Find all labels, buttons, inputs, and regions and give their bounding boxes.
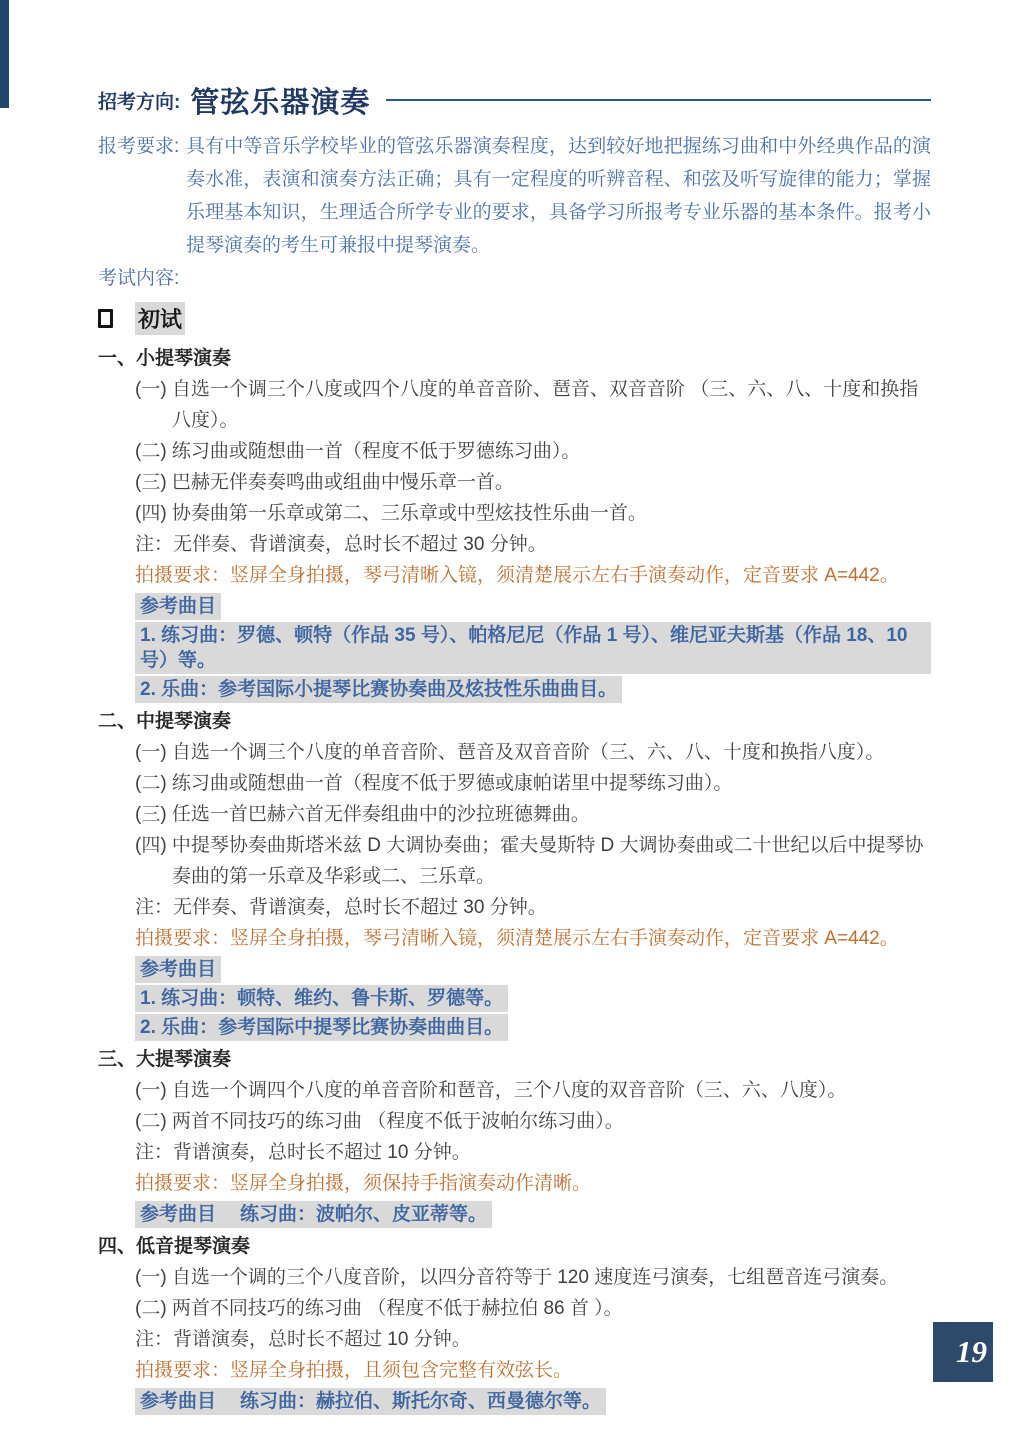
repertoire-line: 参考曲目练习曲：波帕尔、皮亚蒂等。: [135, 1201, 931, 1228]
filming-requirement: 拍摄要求：竖屏全身拍摄，且须包含完整有效弦长。: [135, 1355, 931, 1386]
page-content: 招考方向: 管弦乐器演奏 报考要求: 具有中等音乐学校毕业的管弦乐器演奏程度，达…: [98, 82, 931, 1417]
note-line: 注：背谱演奏，总时长不超过 10 分钟。: [135, 1324, 931, 1355]
repertoire-line: 参考曲目练习曲：赫拉伯、斯托尔奇、西曼德尔等。: [135, 1388, 931, 1415]
exam-item: (三) 巴赫无伴奏奏鸣曲或组曲中慢乐章一首。: [135, 467, 931, 498]
requirements-label: 报考要求:: [98, 130, 186, 262]
section-heading: 一、小提琴演奏: [98, 343, 931, 374]
repertoire-title: 参考曲目: [140, 1391, 216, 1412]
corner-accent-bar: [0, 0, 9, 108]
section-heading: 二、中提琴演奏: [98, 706, 931, 737]
repertoire-line: 2. 乐曲：参考国际小提琴比赛协奏曲及炫技性乐曲曲目。: [135, 676, 931, 703]
exam-item: (四) 协奏曲第一乐章或第二、三乐章或中型炫技性乐曲一首。: [135, 498, 931, 529]
repertoire-line: 2. 乐曲：参考国际中提琴比赛协奏曲曲目。: [135, 1014, 931, 1041]
page-header: 招考方向: 管弦乐器演奏: [98, 82, 931, 118]
exam-item: (一) 自选一个调三个八度或四个八度的单音音阶、琶音、双音音阶 （三、六、八、十…: [135, 374, 931, 436]
round-header: 初试: [98, 301, 931, 335]
section-viola: 二、中提琴演奏 (一) 自选一个调三个八度的单音音阶、琶音及双音音阶（三、六、八…: [98, 706, 931, 1041]
section-double-bass: 四、低音提琴演奏 (一) 自选一个调的三个八度音阶，以四分音符等于 120 速度…: [98, 1231, 931, 1415]
filming-requirement: 拍摄要求：竖屏全身拍摄，琴弓清晰入镜，须清楚展示左右手演奏动作，定音要求 A=4…: [135, 560, 931, 591]
section-heading: 四、低音提琴演奏: [98, 1231, 931, 1262]
page-number-box: 19: [933, 1322, 993, 1382]
exam-content-label: 考试内容:: [98, 262, 931, 295]
exam-item: (一) 自选一个调的三个八度音阶，以四分音符等于 120 速度连弓演奏，七组琶音…: [135, 1262, 931, 1293]
exam-item: (二) 两首不同技巧的练习曲 （程度不低于波帕尔练习曲）。: [135, 1106, 931, 1137]
repertoire-title: 参考曲目: [135, 593, 221, 620]
page-title: 管弦乐器演奏: [190, 80, 370, 121]
repertoire-line: 1. 练习曲：顿特、维约、鲁卡斯、罗德等。: [135, 985, 931, 1012]
requirements-text: 具有中等音乐学校毕业的管弦乐器演奏程度，达到较好地把握练习曲和中外经典作品的演奏…: [186, 130, 931, 262]
exam-item: (四) 中提琴协奏曲斯塔米兹 D 大调协奏曲；霍夫曼斯特 D 大调协奏曲或二十世…: [135, 830, 931, 892]
section-heading: 三、大提琴演奏: [98, 1044, 931, 1075]
exam-item: (一) 自选一个调三个八度的单音音阶、琶音及双音音阶（三、六、八、十度和换指八度…: [135, 737, 931, 768]
repertoire-title: 参考曲目: [135, 956, 221, 983]
title-rule: [386, 99, 931, 101]
direction-label: 招考方向:: [98, 87, 180, 114]
application-requirements: 报考要求: 具有中等音乐学校毕业的管弦乐器演奏程度，达到较好地把握练习曲和中外经…: [98, 130, 931, 262]
exam-item: (一) 自选一个调四个八度的单音音阶和琶音，三个八度的双音音阶（三、六、八度）。: [135, 1075, 931, 1106]
exam-item: (二) 练习曲或随想曲一首（程度不低于罗德或康帕诺里中提琴练习曲）。: [135, 768, 931, 799]
note-line: 注：背谱演奏，总时长不超过 10 分钟。: [135, 1137, 931, 1168]
repertoire-title-line: 参考曲目: [135, 956, 931, 983]
repertoire-title-line: 参考曲目: [135, 593, 931, 620]
exam-item: (三) 任选一首巴赫六首无伴奏组曲中的沙拉班德舞曲。: [135, 799, 931, 830]
square-bullet-icon: [98, 309, 113, 328]
section-cello: 三、大提琴演奏 (一) 自选一个调四个八度的单音音阶和琶音，三个八度的双音音阶（…: [98, 1044, 931, 1228]
document-page: 招考方向: 管弦乐器演奏 报考要求: 具有中等音乐学校毕业的管弦乐器演奏程度，达…: [0, 0, 1024, 1447]
note-line: 注：无伴奏、背谱演奏，总时长不超过 30 分钟。: [135, 892, 931, 923]
repertoire-title: 参考曲目: [140, 1204, 216, 1225]
filming-requirement: 拍摄要求：竖屏全身拍摄，琴弓清晰入镜，须清楚展示左右手演奏动作，定音要求 A=4…: [135, 923, 931, 954]
page-number: 19: [956, 1334, 987, 1370]
filming-requirement: 拍摄要求：竖屏全身拍摄，须保持手指演奏动作清晰。: [135, 1168, 931, 1199]
exam-item: (二) 两首不同技巧的练习曲 （程度不低于赫拉伯 86 首 ）。: [135, 1293, 931, 1324]
note-line: 注：无伴奏、背谱演奏，总时长不超过 30 分钟。: [135, 529, 931, 560]
section-violin: 一、小提琴演奏 (一) 自选一个调三个八度或四个八度的单音音阶、琶音、双音音阶 …: [98, 343, 931, 703]
sections: 一、小提琴演奏 (一) 自选一个调三个八度或四个八度的单音音阶、琶音、双音音阶 …: [98, 343, 931, 1415]
repertoire-line: 1. 练习曲：罗德、顿特（作品 35 号）、帕格尼尼（作品 1 号）、维尼亚夫斯…: [135, 622, 931, 674]
round-title: 初试: [135, 302, 185, 335]
exam-item: (二) 练习曲或随想曲一首（程度不低于罗德练习曲）。: [135, 436, 931, 467]
